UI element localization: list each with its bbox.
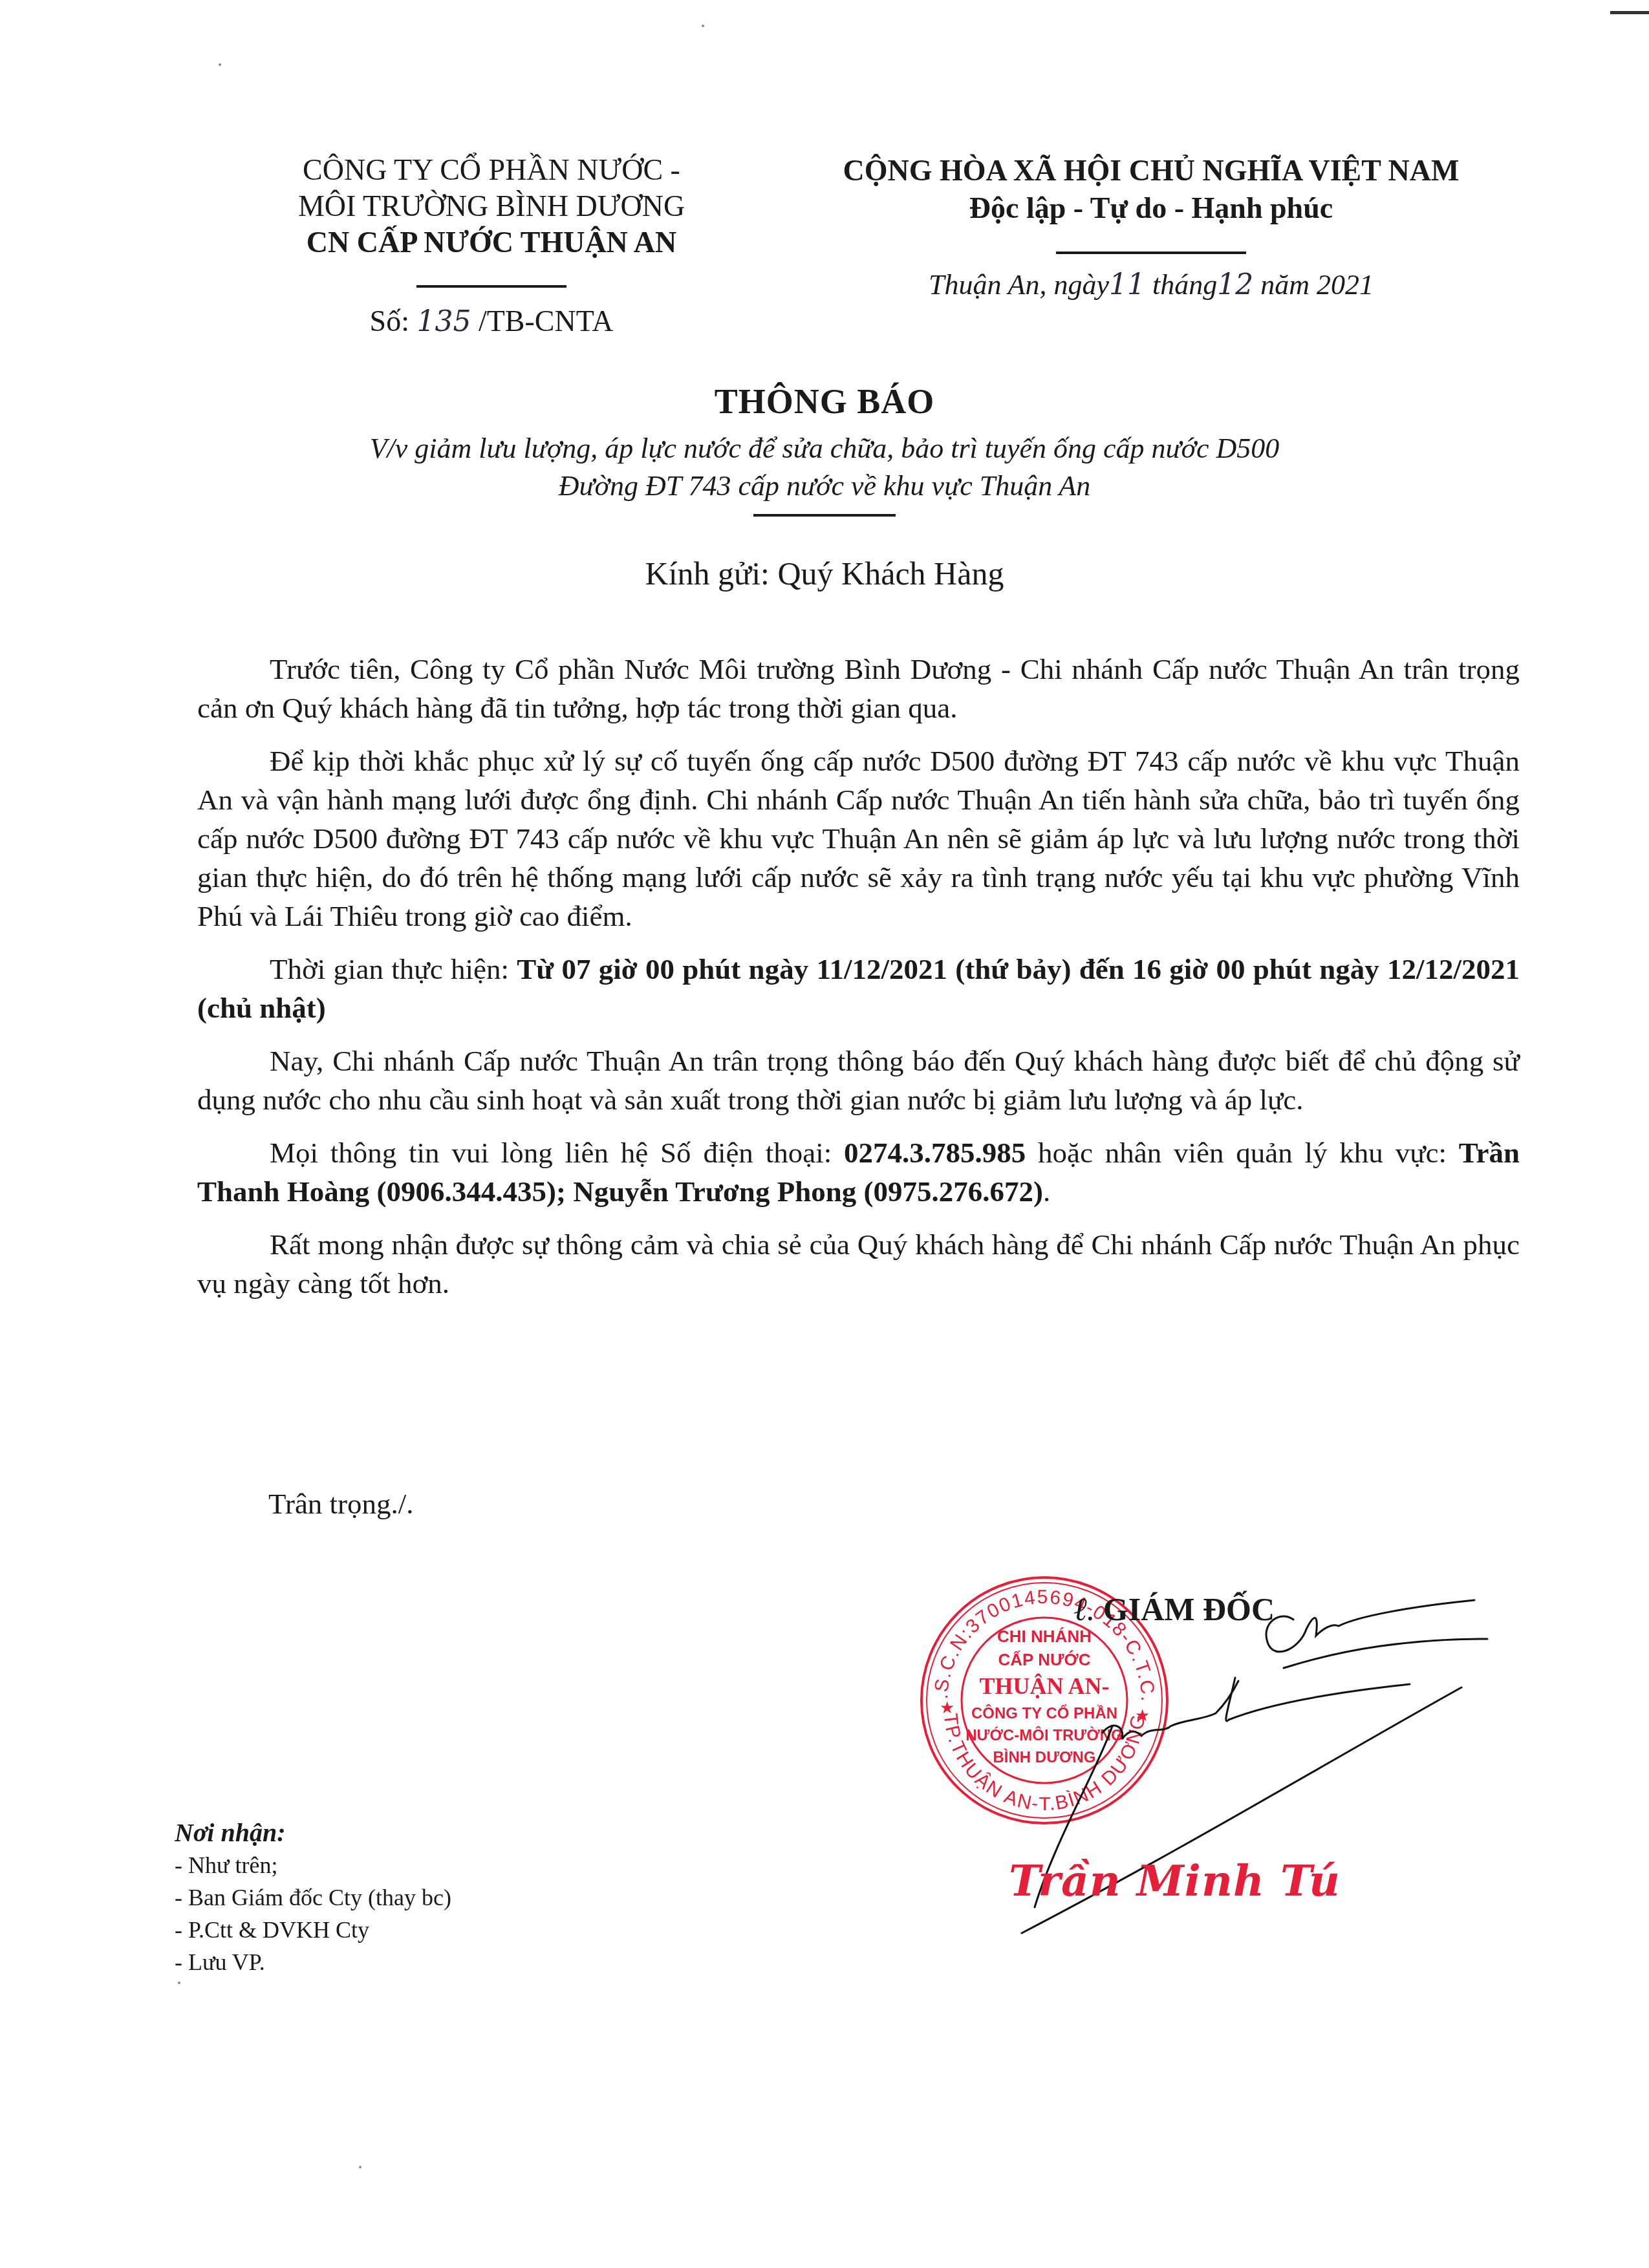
document-number: Số: 135 /TB-CNTA <box>213 304 770 338</box>
closing-regards: Trân trọng./. <box>268 1487 414 1521</box>
date-month: 12 <box>1217 268 1253 301</box>
subtitle-divider <box>753 514 896 517</box>
paragraph-schedule: Thời gian thực hiện: Từ 07 giờ 00 phút n… <box>197 950 1520 1027</box>
date-prefix: Thuận An, ngày <box>929 269 1109 301</box>
subtitle-line-1: V/v giảm lưu lượng, áp lực nước để sửa c… <box>129 430 1520 467</box>
paragraph-contact: Mọi thông tin vui lòng liên hệ Số điện t… <box>197 1133 1520 1211</box>
issuer-divider <box>416 285 566 288</box>
contact-intro: Mọi thông tin vui lòng liên hệ Số điện t… <box>270 1137 844 1169</box>
paragraph-advice: Nay, Chi nhánh Cấp nước Thuận An trân tr… <box>197 1042 1520 1119</box>
doc-number-handwritten: 135 <box>416 305 471 338</box>
recipient-item: - Ban Giám đốc Cty (thay bc) <box>175 1881 451 1914</box>
document-subtitle: V/v giảm lưu lượng, áp lực nước để sửa c… <box>129 430 1520 517</box>
recipients-block: Nơi nhận: - Như trên; - Ban Giám đốc Cty… <box>175 1817 451 1978</box>
stamp-star-left: ★ <box>940 1698 954 1717</box>
recipient-item: - P.Ctt & DVKH Cty <box>175 1914 451 1946</box>
issuer-branch: CN CẤP NƯỚC THUẬN AN <box>213 224 770 261</box>
schedule-label: Thời gian thực hiện: <box>270 953 517 985</box>
paragraph-thanks: Trước tiên, Công ty Cổ phần Nước Môi trư… <box>197 650 1520 727</box>
national-divider <box>1056 251 1246 254</box>
greeting: Kính gửi: Quý Khách Hàng <box>129 555 1520 592</box>
issuer-line-1: CÔNG TY CỔ PHẦN NƯỚC - <box>213 152 770 188</box>
issuer-line-2: MÔI TRƯỜNG BÌNH DƯƠNG <box>213 188 770 224</box>
contact-hotline: 0274.3.785.985 <box>844 1137 1026 1169</box>
contact-mid: hoặc nhân viên quản lý khu vực: <box>1026 1137 1459 1169</box>
recipients-heading: Nơi nhận: <box>175 1817 451 1849</box>
national-motto-line-1: CỘNG HÒA XÃ HỘI CHỦ NGHĨA VIỆT NAM <box>750 152 1552 189</box>
scan-speck <box>178 1982 180 1984</box>
date-day: 11 <box>1109 268 1145 301</box>
scan-speck <box>219 63 221 66</box>
subtitle-line-2: Đường ĐT 743 cấp nước về khu vực Thuận A… <box>129 467 1520 505</box>
doc-number-suffix: /TB-CNTA <box>479 305 613 337</box>
date-year: năm 2021 <box>1260 269 1374 301</box>
signer-name: Trần Minh Tú <box>1009 1856 1341 1906</box>
date-month-label: tháng <box>1152 269 1217 301</box>
paragraph-closing-wish: Rất mong nhận được sự thông cảm và chia … <box>197 1225 1520 1303</box>
notice-body: Trước tiên, Công ty Cổ phần Nước Môi trư… <box>197 650 1520 1317</box>
national-motto-line-2: Độc lập - Tự do - Hạnh phúc <box>750 189 1552 227</box>
doc-number-prefix: Số: <box>370 305 409 337</box>
recipient-item: - Như trên; <box>175 1849 451 1881</box>
scan-speck <box>359 2166 361 2168</box>
document-title: THÔNG BÁO <box>129 381 1520 422</box>
paragraph-reason: Để kịp thời khắc phục xử lý sự cố tuyến … <box>197 742 1520 936</box>
scan-speck <box>702 25 704 27</box>
contact-end: . <box>1043 1175 1050 1208</box>
date-line: Thuận An, ngày11 tháng12 năm 2021 <box>750 268 1552 301</box>
issuer-header: CÔNG TY CỔ PHẦN NƯỚC - MÔI TRƯỜNG BÌNH D… <box>213 152 770 288</box>
scan-edge-mark <box>1610 11 1649 14</box>
recipient-item: - Lưu VP. <box>175 1946 451 1978</box>
national-header: CỘNG HÒA XÃ HỘI CHỦ NGHĨA VIỆT NAM Độc l… <box>750 152 1552 254</box>
